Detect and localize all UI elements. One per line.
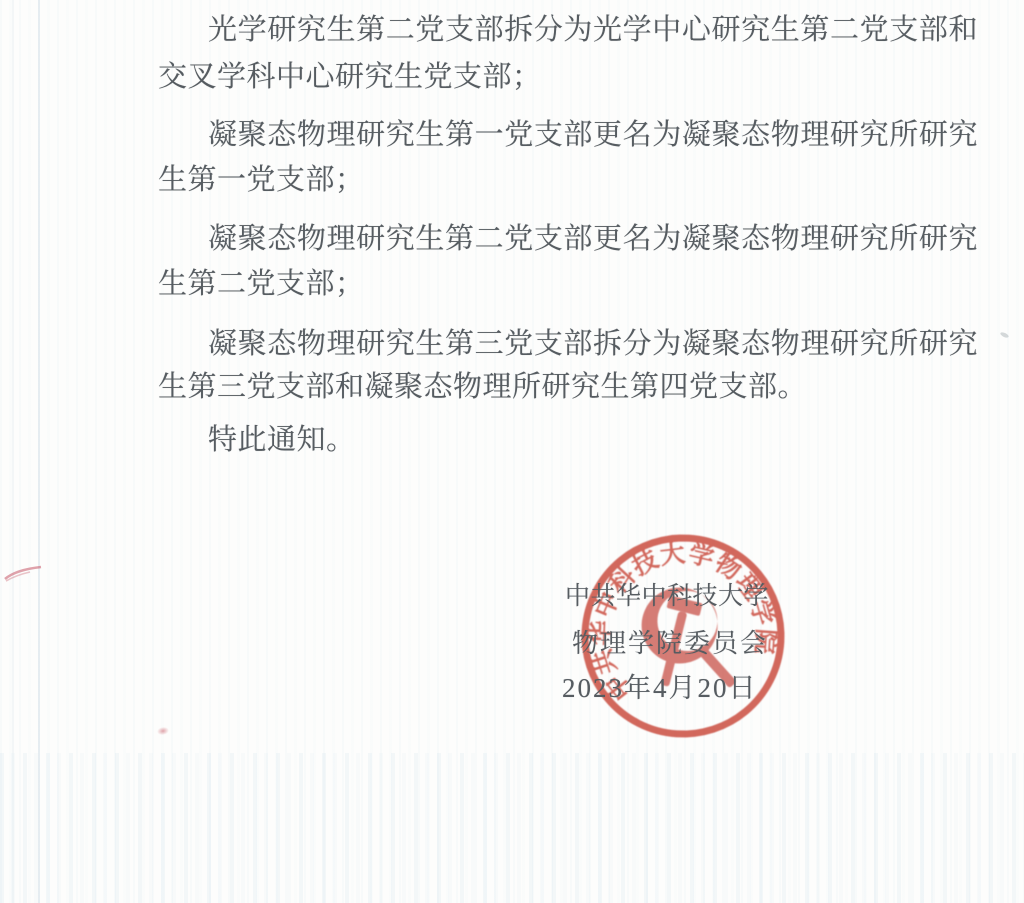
signature-date: 2023年4月20日: [562, 666, 758, 705]
scan-streak-texture-bottom: [0, 753, 1024, 903]
signature-org-line1: 中共华中科技大学: [565, 576, 769, 612]
scan-fold-line: [12, 0, 14, 903]
notice-body-line: 凝聚态物理研究生第三党支部拆分为凝聚态物理研究所研究: [158, 328, 978, 361]
notice-body-line: 光学研究生第二党支部拆分为光学中心研究生第二党支部和: [158, 14, 978, 47]
scan-fold-line: [38, 0, 40, 903]
grey-scan-speck: [1000, 331, 1010, 338]
red-ink-smudge: [3, 560, 45, 586]
notice-body-line: 凝聚态物理研究生第一党支部更名为凝聚态物理研究所研究: [158, 119, 978, 152]
notice-body-line: 生第一党支部；: [158, 164, 978, 197]
scanned-notice-page: 光学研究生第二党支部拆分为光学中心研究生第二党支部和 交叉学科中心研究生党支部；…: [0, 0, 1024, 903]
signature-org-line2: 物理学院委员会: [572, 623, 768, 660]
red-ink-speck: [156, 726, 169, 736]
notice-body-line: 生第三党支部和凝聚态物理所研究生第四党支部。: [158, 371, 978, 404]
notice-closing-line: 特此通知。: [158, 424, 978, 457]
notice-body-line: 交叉学科中心研究生党支部；: [158, 61, 978, 94]
notice-body-line: 凝聚态物理研究生第二党支部更名为凝聚态物理研究所研究: [158, 223, 978, 256]
notice-body-line: 生第二党支部；: [158, 268, 978, 301]
